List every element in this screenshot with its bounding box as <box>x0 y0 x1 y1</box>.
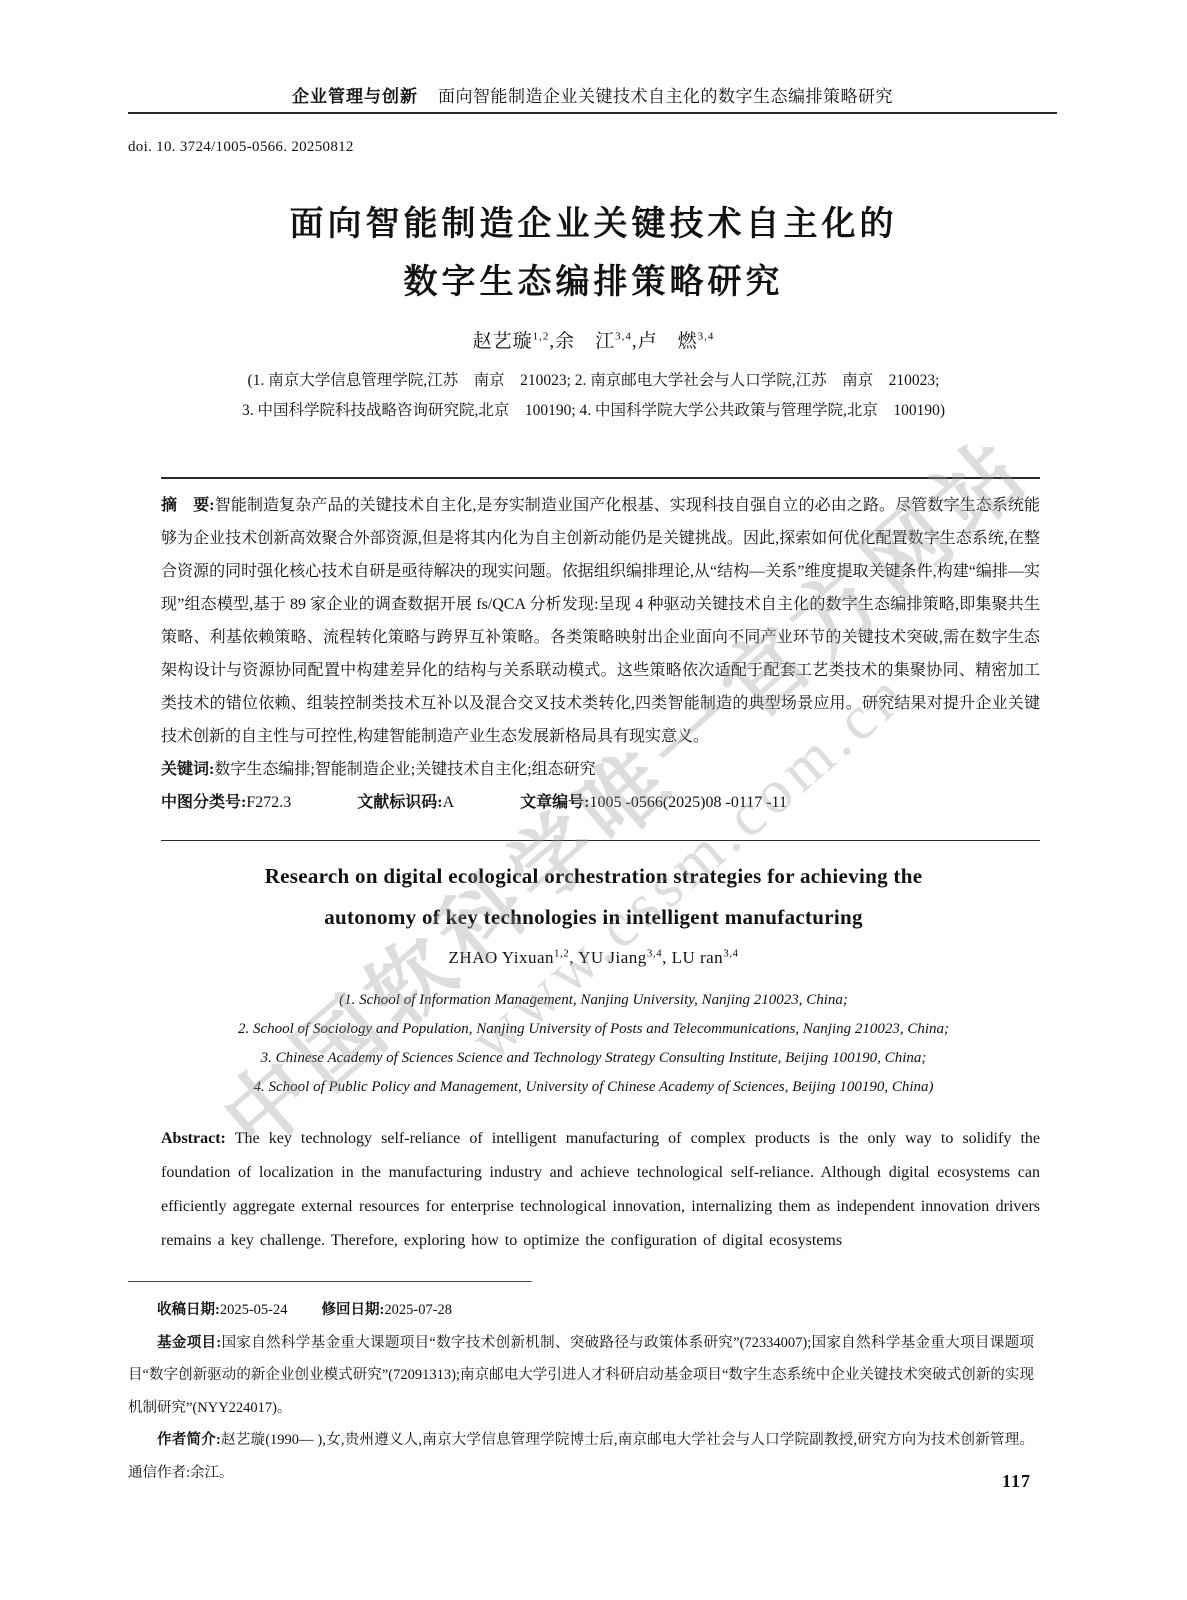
article-title-en: Research on digital ecological orchestra… <box>0 856 1187 938</box>
keywords-cn-line: 关键词:数字生态编排;智能制造企业;关键技术自主化;组态研究 <box>161 753 1040 786</box>
article-title-en-line2: autonomy of key technologies in intellig… <box>0 897 1187 938</box>
author-en-1: ZHAO Yixuan <box>449 948 554 967</box>
affiliation-en-line3: 3. Chinese Academy of Sciences Science a… <box>0 1044 1187 1073</box>
abstract-en-text: The key technology self-reliance of inte… <box>161 1130 1040 1249</box>
abstract-en-paragraph: Abstract: The key technology self-relian… <box>161 1122 1040 1258</box>
running-head: 企业管理与创新面向智能制造企业关键技术自主化的数字生态编排策略研究 <box>128 82 1057 107</box>
author-en-2-affil-sup: 3,4 <box>647 947 662 959</box>
funding-label: 基金项目: <box>157 1335 221 1351</box>
affiliations-cn: (1. 南京大学信息管理学院,江苏 南京 210023; 2. 南京邮电大学社会… <box>0 366 1187 426</box>
article-title-cn-line1: 面向智能制造企业关键技术自主化的 <box>0 196 1187 254</box>
abstract-bottom-rule <box>161 840 1040 841</box>
doc-code-label: 文献标识码: <box>357 794 442 811</box>
funding-text: 国家自然科学基金重大课题项目“数字技术创新机制、突破路径与政策体系研究”(723… <box>128 1335 1034 1416</box>
doc-code-value: A <box>443 794 455 811</box>
header-divider <box>128 112 1057 114</box>
article-no-label: 文章编号: <box>520 794 589 811</box>
affiliation-cn-line1: (1. 南京大学信息管理学院,江苏 南京 210023; 2. 南京邮电大学社会… <box>0 366 1187 396</box>
clc-label: 中图分类号: <box>161 794 246 811</box>
abstract-cn-text: 智能制造复杂产品的关键技术自主化,是夯实制造业国产化根基、实现科技自强自立的必由… <box>161 497 1040 745</box>
affiliation-en-line4: 4. School of Public Policy and Managemen… <box>0 1073 1187 1102</box>
affiliation-en-line2: 2. School of Sociology and Population, N… <box>0 1015 1187 1044</box>
authors-en: ZHAO Yixuan1,2, YU Jiang3,4, LU ran3,4 <box>0 948 1187 968</box>
article-title-en-line1: Research on digital ecological orchestra… <box>0 856 1187 897</box>
author-bio-text: 赵艺璇(1990— ),女,贵州遵义人,南京大学信息管理学院博士后,南京邮电大学… <box>128 1432 1034 1481</box>
abstract-en-block: Abstract: The key technology self-relian… <box>161 1122 1040 1258</box>
revised-date-label: 修回日期: <box>322 1302 385 1318</box>
article-title-cn-line2: 数字生态编排策略研究 <box>0 254 1187 312</box>
page-number: 117 <box>1002 1471 1031 1492</box>
author-cn-1-affil-sup: 1,2 <box>533 331 550 343</box>
clc-value: F272.3 <box>246 794 291 811</box>
author-en-3: , LU ran <box>662 948 723 967</box>
author-cn-1: 赵艺璇 <box>473 331 533 352</box>
meta-line: 中图分类号:F272.3文献标识码:A文章编号:1005 -0566(2025)… <box>161 786 1040 819</box>
footnote-block: 收稿日期:2025-05-24修回日期:2025-07-28 基金项目:国家自然… <box>128 1294 1034 1489</box>
abstract-cn-paragraph: 摘 要:智能制造复杂产品的关键技术自主化,是夯实制造业国产化根基、实现科技自强自… <box>161 489 1040 753</box>
affiliations-en: (1. School of Information Management, Na… <box>0 986 1187 1102</box>
affiliation-cn-line2: 3. 中国科学院科技战略咨询研究院,北京 100190; 4. 中国科学院大学公… <box>0 396 1187 426</box>
author-en-3-affil-sup: 3,4 <box>723 947 738 959</box>
article-no-value: 1005 -0566(2025)08 -0117 -11 <box>590 794 787 811</box>
doi-line: doi. 10. 3724/1005-0566. 20250812 <box>128 139 354 156</box>
footnote-divider <box>128 1281 532 1282</box>
keywords-cn-label: 关键词: <box>161 761 214 778</box>
column-name: 企业管理与创新 <box>292 87 418 106</box>
revised-date-value: 2025-07-28 <box>384 1302 452 1318</box>
article-title-cn: 面向智能制造企业关键技术自主化的 数字生态编排策略研究 <box>0 196 1187 312</box>
abstract-top-rule <box>161 477 1040 479</box>
author-cn-3-affil-sup: 3,4 <box>698 331 715 343</box>
keywords-cn-text: 数字生态编排;智能制造企业;关键技术自主化;组态研究 <box>214 761 595 778</box>
author-en-2: , YU Jiang <box>569 948 647 967</box>
authors-cn: 赵艺璇1,2,余 江3,4,卢 燃3,4 <box>0 326 1187 353</box>
received-date-label: 收稿日期: <box>157 1302 220 1318</box>
received-date-value: 2025-05-24 <box>220 1302 288 1318</box>
author-cn-2: ,余 江 <box>549 331 615 352</box>
abstract-cn-block: 摘 要:智能制造复杂产品的关键技术自主化,是夯实制造业国产化根基、实现科技自强自… <box>161 489 1040 819</box>
author-cn-2-affil-sup: 3,4 <box>615 331 632 343</box>
author-cn-3: ,卢 燃 <box>632 331 698 352</box>
author-bio-paragraph: 作者简介:赵艺璇(1990— ),女,贵州遵义人,南京大学信息管理学院博士后,南… <box>128 1424 1034 1489</box>
affiliation-en-line1: (1. School of Information Management, Na… <box>0 986 1187 1015</box>
funding-paragraph: 基金项目:国家自然科学基金重大课题项目“数字技术创新机制、突破路径与政策体系研究… <box>128 1327 1034 1425</box>
author-en-1-affil-sup: 1,2 <box>554 947 569 959</box>
running-title: 面向智能制造企业关键技术自主化的数字生态编排策略研究 <box>438 87 893 106</box>
abstract-cn-label: 摘 要: <box>161 497 215 514</box>
abstract-en-label: Abstract: <box>161 1130 226 1147</box>
dates-line: 收稿日期:2025-05-24修回日期:2025-07-28 <box>128 1294 1034 1327</box>
author-bio-label: 作者简介: <box>157 1432 221 1448</box>
journal-first-page: 中国软科学唯一官方网站 www.cssm.com.cn 企业管理与创新面向智能制… <box>0 0 1187 1600</box>
